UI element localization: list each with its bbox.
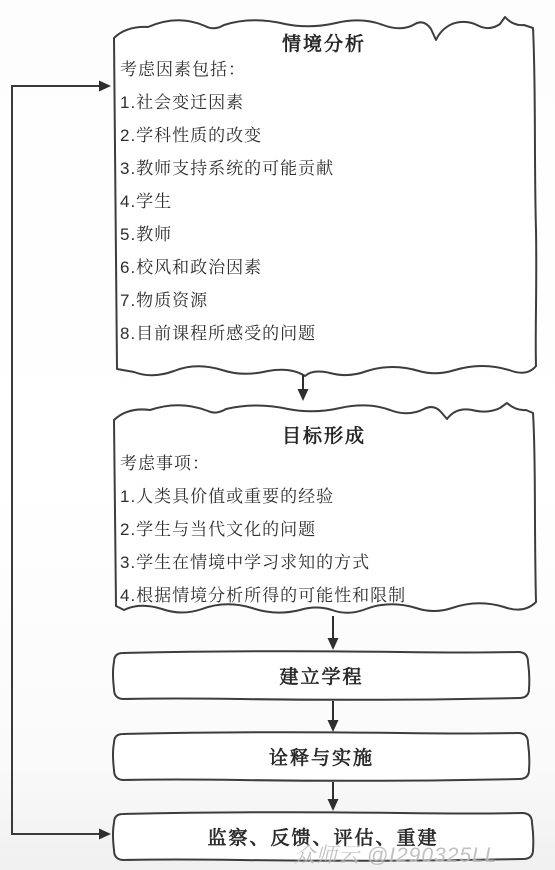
- situation-line: 2.学科性质的改变: [120, 119, 528, 152]
- goals-line: 3.学生在情境中学习求知的方式: [120, 546, 528, 579]
- goals-line: 考虑事项：: [120, 447, 528, 480]
- feedback-loop-arrow: [12, 81, 111, 840]
- goals-line: 1.人类具价值或重要的经验: [120, 480, 528, 513]
- arrow-down-icon-1: [298, 375, 309, 401]
- flowchart-page: 情境分析 考虑因素包括： 1.社会变迁因素 2.学科性质的改变 3.教师支持系统…: [0, 0, 555, 870]
- situation-line: 考虑因素包括：: [120, 53, 528, 86]
- situation-line: 5.教师: [120, 218, 528, 251]
- goals-line: 2.学生与当代文化的问题: [120, 513, 528, 546]
- watermark: 众师云 @I290325LL: [294, 839, 497, 869]
- situation-line: 8.目前课程所感受的问题: [120, 317, 528, 350]
- goals-box-lines: 考虑事项： 1.人类具价值或重要的经验 2.学生与当代文化的问题 3.学生在情境…: [120, 447, 528, 612]
- program-box-label: 建立学程: [112, 652, 531, 699]
- situation-line: 7.物质资源: [120, 284, 528, 317]
- situation-line: 3.教师支持系统的可能贡献: [120, 152, 528, 185]
- goals-box-title: 目标形成: [112, 421, 536, 448]
- arrow-down-icon-4: [328, 782, 339, 811]
- implementation-box-label: 诠释与实施: [112, 733, 531, 780]
- goals-line: 4.根据情境分析所得的可能性和限制: [120, 579, 528, 612]
- situation-box-lines: 考虑因素包括： 1.社会变迁因素 2.学科性质的改变 3.教师支持系统的可能贡献…: [120, 53, 528, 350]
- arrow-down-icon-2: [328, 616, 339, 650]
- situation-line: 1.社会变迁因素: [120, 86, 528, 119]
- situation-box-title: 情境分析: [112, 29, 536, 56]
- arrow-down-icon-3: [328, 701, 339, 732]
- situation-line: 6.校风和政治因素: [120, 251, 528, 284]
- situation-line: 4.学生: [120, 185, 528, 218]
